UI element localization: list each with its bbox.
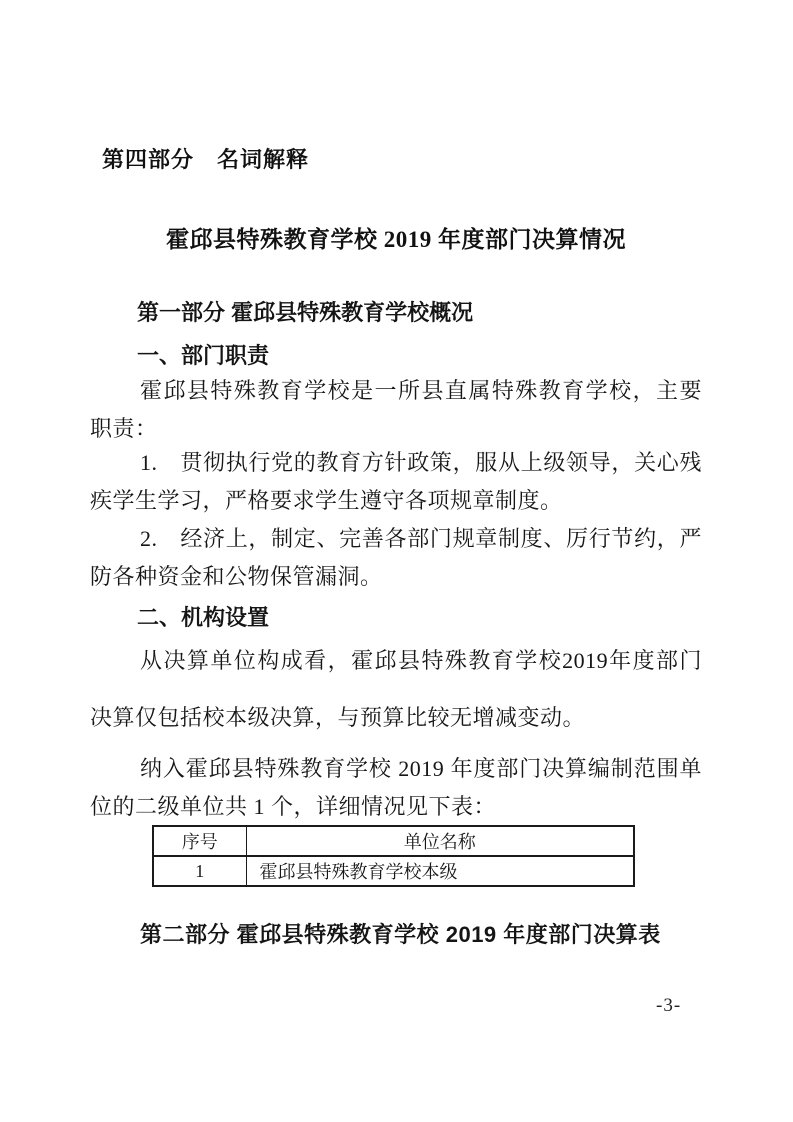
section1-heading: 第一部分 霍邱县特殊教育学校概况 (137, 301, 473, 325)
subsection-structure-heading: 二、机构设置 (137, 606, 269, 630)
table-cell-seq: 1 (153, 856, 246, 886)
paragraph-duties-intro: 霍邱县特殊教育学校是一所县直属特殊教育学校，主要职责： (90, 372, 702, 448)
duty-item-1: 1. 贯彻执行党的教育方针政策，服从上级领导，关心残疾学生学习，严格要求学生遵守… (90, 444, 702, 520)
document-main-title: 霍邱县特殊教育学校 2019 年度部门决算情况 (90, 227, 702, 252)
table-header-seq: 序号 (153, 826, 246, 856)
subsection-duties-heading: 一、部门职责 (137, 344, 269, 368)
table-header-row: 序号 单位名称 (153, 826, 634, 856)
document-page: 第四部分 名词解释 霍邱县特殊教育学校 2019 年度部门决算情况 第一部分 霍… (0, 0, 793, 1122)
table-row: 1 霍邱县特殊教育学校本级 (153, 856, 634, 886)
section2-heading: 第二部分 霍邱县特殊教育学校 2019 年度部门决算表 (140, 923, 661, 947)
part4-heading: 第四部分 名词解释 (102, 148, 309, 172)
duty-item-2: 2. 经济上，制定、完善各部门规章制度、厉行节约，严防各种资金和公物保管漏洞。 (90, 520, 702, 596)
table-cell-unit-name: 霍邱县特殊教育学校本级 (246, 856, 634, 886)
page-number: -3- (656, 996, 681, 1017)
paragraph-structure-2: 纳入霍邱县特殊教育学校 2019 年度部门决算编制范围单位的二级单位共 1 个，… (90, 750, 702, 826)
table-header-unit-name: 单位名称 (246, 826, 634, 856)
unit-list-table: 序号 单位名称 1 霍邱县特殊教育学校本级 (152, 825, 635, 887)
paragraph-structure-1: 从决算单位构成看，霍邱县特殊教育学校2019年度部门决算仅包括校本级决算，与预算… (90, 632, 702, 746)
